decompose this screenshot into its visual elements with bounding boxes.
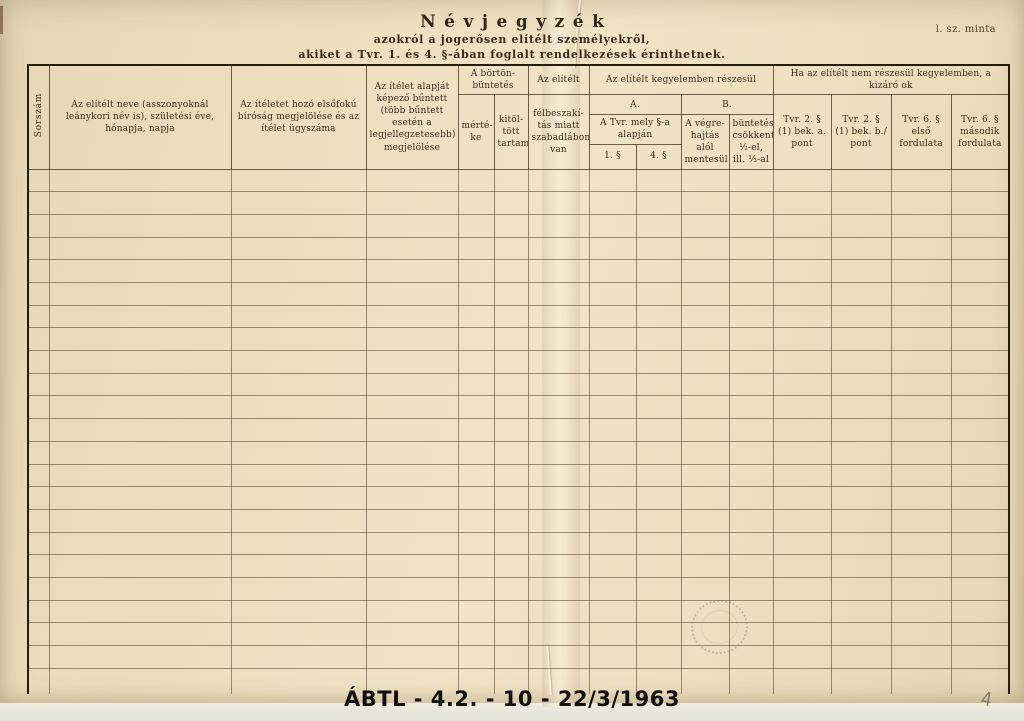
empty-cell xyxy=(231,351,366,374)
empty-cell xyxy=(891,260,951,283)
empty-cell xyxy=(49,623,231,646)
page-title: Névjegyzék xyxy=(0,12,1024,32)
empty-cell xyxy=(589,237,636,260)
empty-cell xyxy=(681,419,729,442)
empty-cell xyxy=(49,419,231,442)
empty-cell xyxy=(366,555,458,578)
empty-cell xyxy=(636,419,681,442)
empty-cell xyxy=(28,487,49,510)
empty-cell xyxy=(458,441,494,464)
empty-cell xyxy=(231,419,366,442)
empty-cell xyxy=(636,623,681,646)
empty-cell xyxy=(681,373,729,396)
empty-cell xyxy=(528,192,589,215)
empty-cell xyxy=(773,237,831,260)
empty-cell xyxy=(528,396,589,419)
empty-cell xyxy=(458,305,494,328)
registry-table: Sorszám Az elítélt neve (asszonyoknál le… xyxy=(27,64,1010,694)
empty-cell xyxy=(773,646,831,669)
empty-cell xyxy=(729,283,773,306)
empty-cell xyxy=(366,283,458,306)
empty-cell xyxy=(49,577,231,600)
empty-cell xyxy=(231,509,366,532)
empty-cell xyxy=(528,623,589,646)
empty-cell xyxy=(49,192,231,215)
empty-cell xyxy=(494,192,528,215)
empty-cell xyxy=(231,555,366,578)
empty-cell xyxy=(951,532,1009,555)
table-row xyxy=(28,396,1009,419)
empty-cell xyxy=(729,623,773,646)
empty-cell xyxy=(831,419,891,442)
subgroup-header-a: A. xyxy=(589,95,681,115)
empty-cell xyxy=(891,192,951,215)
empty-cell xyxy=(589,260,636,283)
empty-cell xyxy=(458,283,494,306)
empty-cell xyxy=(231,214,366,237)
empty-cell xyxy=(458,509,494,532)
empty-cell xyxy=(528,214,589,237)
table-row xyxy=(28,577,1009,600)
empty-cell xyxy=(831,646,891,669)
col-header-tvr6-second: Tvr. 6. § második fordulata xyxy=(951,95,1009,169)
table-row xyxy=(28,214,1009,237)
empty-cell xyxy=(28,351,49,374)
empty-cell xyxy=(589,305,636,328)
col-header-tvr-paragraph: A Tvr. mely §-a alapján xyxy=(589,115,681,144)
empty-cell xyxy=(49,283,231,306)
empty-cell xyxy=(681,509,729,532)
empty-cell xyxy=(773,169,831,192)
empty-cell xyxy=(681,646,729,669)
table-row xyxy=(28,351,1009,374)
empty-cell xyxy=(494,555,528,578)
col-header-paragraph-1: 1. § xyxy=(589,144,636,169)
empty-cell xyxy=(681,555,729,578)
empty-cell xyxy=(831,192,891,215)
empty-cell xyxy=(589,351,636,374)
empty-cell xyxy=(366,419,458,442)
empty-cell xyxy=(729,487,773,510)
empty-cell xyxy=(891,419,951,442)
table-row xyxy=(28,646,1009,669)
empty-cell xyxy=(494,237,528,260)
empty-cell xyxy=(681,260,729,283)
empty-cell xyxy=(528,532,589,555)
empty-cell xyxy=(636,373,681,396)
col-header-served-duration: kitöl-tött tartama xyxy=(494,95,528,169)
col-header-crime: Az ítélet alapját képező bűntett (több b… xyxy=(366,65,458,169)
empty-cell xyxy=(831,305,891,328)
empty-cell xyxy=(681,283,729,306)
empty-cell xyxy=(729,328,773,351)
empty-cell xyxy=(528,441,589,464)
empty-cell xyxy=(28,464,49,487)
empty-cell xyxy=(681,169,729,192)
header-row-groups: Sorszám Az elítélt neve (asszonyoknál le… xyxy=(28,65,1009,95)
empty-cell xyxy=(528,351,589,374)
empty-cell xyxy=(366,169,458,192)
empty-cell xyxy=(28,283,49,306)
empty-cell xyxy=(589,283,636,306)
empty-cell xyxy=(951,169,1009,192)
empty-cell xyxy=(589,646,636,669)
empty-cell xyxy=(366,600,458,623)
empty-cell xyxy=(891,509,951,532)
empty-cell xyxy=(49,487,231,510)
empty-cell xyxy=(49,396,231,419)
table-row xyxy=(28,623,1009,646)
empty-cell xyxy=(28,373,49,396)
empty-cell xyxy=(891,532,951,555)
empty-cell xyxy=(951,328,1009,351)
empty-cell xyxy=(231,396,366,419)
empty-cell xyxy=(951,600,1009,623)
empty-cell xyxy=(773,214,831,237)
empty-cell xyxy=(831,351,891,374)
empty-cell xyxy=(729,577,773,600)
empty-cell xyxy=(951,555,1009,578)
empty-cell xyxy=(589,214,636,237)
empty-cell xyxy=(494,577,528,600)
empty-cell xyxy=(528,328,589,351)
col-header-interruption-free: félbeszakí-tás miatt szabadlábon van xyxy=(528,95,589,169)
empty-cell xyxy=(528,169,589,192)
empty-cell xyxy=(231,441,366,464)
empty-cell xyxy=(231,623,366,646)
empty-cell xyxy=(458,555,494,578)
table-row xyxy=(28,509,1009,532)
empty-cell xyxy=(831,260,891,283)
empty-cell xyxy=(951,396,1009,419)
empty-cell xyxy=(231,283,366,306)
empty-cell xyxy=(528,283,589,306)
empty-cell xyxy=(458,237,494,260)
empty-cell xyxy=(951,283,1009,306)
empty-cell xyxy=(366,577,458,600)
empty-cell xyxy=(231,600,366,623)
empty-cell xyxy=(231,305,366,328)
empty-cell xyxy=(49,555,231,578)
empty-cell xyxy=(366,214,458,237)
empty-cell xyxy=(951,577,1009,600)
empty-cell xyxy=(729,509,773,532)
empty-cell xyxy=(231,464,366,487)
empty-cell xyxy=(831,555,891,578)
group-header-prison-sentence: A börtön-büntetés xyxy=(458,65,528,95)
empty-cell xyxy=(231,328,366,351)
table-row xyxy=(28,441,1009,464)
empty-cell xyxy=(951,351,1009,374)
empty-cell xyxy=(528,509,589,532)
empty-cell xyxy=(28,169,49,192)
form-sample-number: l. sz. minta xyxy=(936,24,996,35)
empty-cell xyxy=(831,396,891,419)
empty-cell xyxy=(589,192,636,215)
col-header-court: Az ítéletet hozó elsőfokú bíróság megjel… xyxy=(231,65,366,169)
empty-cell xyxy=(891,283,951,306)
table-row xyxy=(28,192,1009,215)
table-row xyxy=(28,283,1009,306)
empty-cell xyxy=(458,396,494,419)
empty-cell xyxy=(891,555,951,578)
empty-cell xyxy=(528,237,589,260)
empty-cell xyxy=(729,419,773,442)
empty-cell xyxy=(681,600,729,623)
empty-cell xyxy=(681,214,729,237)
empty-cell xyxy=(681,351,729,374)
empty-cell xyxy=(951,441,1009,464)
empty-cell xyxy=(773,600,831,623)
table-row xyxy=(28,305,1009,328)
empty-cell xyxy=(831,283,891,306)
empty-cell xyxy=(28,532,49,555)
empty-cell xyxy=(681,487,729,510)
empty-cell xyxy=(589,419,636,442)
col-header-tvr6-first: Tvr. 6. § első fordulata xyxy=(891,95,951,169)
empty-cell xyxy=(729,464,773,487)
empty-cell xyxy=(366,396,458,419)
empty-cell xyxy=(951,237,1009,260)
empty-cell xyxy=(28,509,49,532)
empty-cell xyxy=(729,260,773,283)
empty-cell xyxy=(773,464,831,487)
table-row xyxy=(28,237,1009,260)
empty-cell xyxy=(831,328,891,351)
empty-cell xyxy=(951,464,1009,487)
empty-cell xyxy=(28,555,49,578)
empty-cell xyxy=(831,237,891,260)
empty-cell xyxy=(28,214,49,237)
empty-cell xyxy=(49,328,231,351)
empty-cell xyxy=(589,169,636,192)
empty-cell xyxy=(366,237,458,260)
empty-cell xyxy=(494,464,528,487)
empty-cell xyxy=(366,351,458,374)
col-header-exempt-execution: A végre-hajtás alól mentesül xyxy=(681,115,729,169)
empty-cell xyxy=(951,509,1009,532)
table-row xyxy=(28,169,1009,192)
empty-cell xyxy=(28,396,49,419)
empty-cell xyxy=(458,487,494,510)
empty-cell xyxy=(831,464,891,487)
empty-cell xyxy=(951,214,1009,237)
empty-cell xyxy=(528,419,589,442)
empty-cell xyxy=(28,623,49,646)
empty-cell xyxy=(494,532,528,555)
empty-cell xyxy=(636,464,681,487)
empty-cell xyxy=(681,328,729,351)
group-header-pardon-excluded: Ha az elítélt nem részesül kegyelemben, … xyxy=(773,65,1009,95)
empty-cell xyxy=(729,351,773,374)
empty-cell xyxy=(773,509,831,532)
empty-cell xyxy=(28,328,49,351)
empty-cell xyxy=(589,328,636,351)
empty-cell xyxy=(773,487,831,510)
col-header-tvr2-point-b: Tvr. 2. § (1) bek. b./ pont xyxy=(831,95,891,169)
title-block: Névjegyzék azokról a jogerősen elítélt s… xyxy=(0,12,1024,62)
empty-cell xyxy=(951,623,1009,646)
subgroup-header-b: B. xyxy=(681,95,773,115)
empty-cell xyxy=(773,260,831,283)
empty-cell xyxy=(636,237,681,260)
empty-cell xyxy=(636,328,681,351)
empty-cell xyxy=(773,532,831,555)
empty-cell xyxy=(458,419,494,442)
empty-cell xyxy=(891,305,951,328)
empty-cell xyxy=(494,351,528,374)
empty-cell xyxy=(589,509,636,532)
empty-cell xyxy=(729,646,773,669)
empty-cell xyxy=(891,464,951,487)
empty-cell xyxy=(636,487,681,510)
empty-cell xyxy=(231,487,366,510)
empty-cell xyxy=(681,577,729,600)
empty-cell xyxy=(494,260,528,283)
empty-cell xyxy=(951,419,1009,442)
empty-cell xyxy=(636,600,681,623)
empty-cell xyxy=(773,623,831,646)
empty-cell xyxy=(49,351,231,374)
empty-cell xyxy=(729,555,773,578)
empty-cell xyxy=(494,509,528,532)
empty-cell xyxy=(891,214,951,237)
empty-cell xyxy=(636,260,681,283)
empty-cell xyxy=(49,305,231,328)
empty-cell xyxy=(773,419,831,442)
table-row xyxy=(28,487,1009,510)
empty-cell xyxy=(773,192,831,215)
empty-cell xyxy=(528,305,589,328)
empty-cell xyxy=(636,509,681,532)
col-header-paragraph-4: 4. § xyxy=(636,144,681,169)
empty-cell xyxy=(494,646,528,669)
empty-cell xyxy=(49,532,231,555)
empty-cell xyxy=(494,419,528,442)
empty-cell xyxy=(729,237,773,260)
empty-cell xyxy=(589,441,636,464)
empty-cell xyxy=(636,577,681,600)
empty-cell xyxy=(891,328,951,351)
empty-cell xyxy=(951,192,1009,215)
empty-cell xyxy=(636,305,681,328)
empty-cell xyxy=(366,260,458,283)
col-header-tvr2-point-a: Tvr. 2. § (1) bek. a. pont xyxy=(773,95,831,169)
col-header-serial-number: Sorszám xyxy=(28,65,49,169)
empty-cell xyxy=(681,441,729,464)
empty-cell xyxy=(528,555,589,578)
empty-cell xyxy=(891,441,951,464)
empty-cell xyxy=(528,260,589,283)
empty-cell xyxy=(729,532,773,555)
empty-cell xyxy=(773,555,831,578)
empty-cell xyxy=(28,441,49,464)
col-header-convict-name: Az elítélt neve (asszonyoknál leánykori … xyxy=(49,65,231,169)
empty-cell xyxy=(458,577,494,600)
empty-cell xyxy=(831,600,891,623)
empty-cell xyxy=(891,396,951,419)
empty-cell xyxy=(831,487,891,510)
empty-cell xyxy=(494,373,528,396)
empty-cell xyxy=(681,532,729,555)
empty-cell xyxy=(773,373,831,396)
empty-cell xyxy=(589,600,636,623)
empty-cell xyxy=(951,487,1009,510)
empty-cell xyxy=(681,464,729,487)
empty-cell xyxy=(231,260,366,283)
empty-cell xyxy=(636,646,681,669)
table-row xyxy=(28,260,1009,283)
group-header-pardon-granted: Az elítélt kegyelemben részesül xyxy=(589,65,773,95)
empty-cell xyxy=(366,509,458,532)
empty-cell xyxy=(494,328,528,351)
empty-cell xyxy=(528,464,589,487)
empty-cell xyxy=(729,396,773,419)
empty-cell xyxy=(636,396,681,419)
empty-cell xyxy=(458,623,494,646)
empty-cell xyxy=(729,305,773,328)
empty-cell xyxy=(231,373,366,396)
empty-cell xyxy=(458,464,494,487)
col-header-sentence-measure: mérté-ke xyxy=(458,95,494,169)
table-row xyxy=(28,373,1009,396)
scanned-form-page: Névjegyzék azokról a jogerősen elítélt s… xyxy=(0,0,1024,721)
empty-cell xyxy=(528,487,589,510)
empty-cell xyxy=(636,555,681,578)
empty-cell xyxy=(28,192,49,215)
empty-cell xyxy=(681,192,729,215)
empty-cell xyxy=(528,577,589,600)
empty-cell xyxy=(636,351,681,374)
empty-cell xyxy=(773,577,831,600)
empty-cell xyxy=(589,577,636,600)
empty-cell xyxy=(831,532,891,555)
empty-cell xyxy=(49,214,231,237)
empty-cell xyxy=(28,577,49,600)
empty-cell xyxy=(231,532,366,555)
empty-cell xyxy=(681,237,729,260)
empty-cell xyxy=(831,577,891,600)
empty-cell xyxy=(366,646,458,669)
empty-cell xyxy=(951,373,1009,396)
empty-cell xyxy=(49,464,231,487)
empty-cell xyxy=(951,305,1009,328)
empty-cell xyxy=(636,169,681,192)
empty-cell xyxy=(831,214,891,237)
empty-cell xyxy=(773,441,831,464)
empty-cell xyxy=(366,623,458,646)
empty-cell xyxy=(49,509,231,532)
empty-cell xyxy=(366,532,458,555)
empty-cell xyxy=(636,214,681,237)
empty-cell xyxy=(891,373,951,396)
empty-cell xyxy=(28,260,49,283)
empty-cell xyxy=(28,419,49,442)
empty-cell xyxy=(458,169,494,192)
empty-cell xyxy=(528,600,589,623)
empty-cell xyxy=(494,487,528,510)
empty-cell xyxy=(636,283,681,306)
empty-cell xyxy=(891,487,951,510)
empty-cell xyxy=(49,237,231,260)
empty-cell xyxy=(231,169,366,192)
empty-cell xyxy=(458,351,494,374)
empty-cell xyxy=(681,305,729,328)
empty-cell xyxy=(458,214,494,237)
empty-cell xyxy=(729,441,773,464)
group-header-the-convict: Az elítélt xyxy=(528,65,589,95)
empty-cell xyxy=(458,328,494,351)
